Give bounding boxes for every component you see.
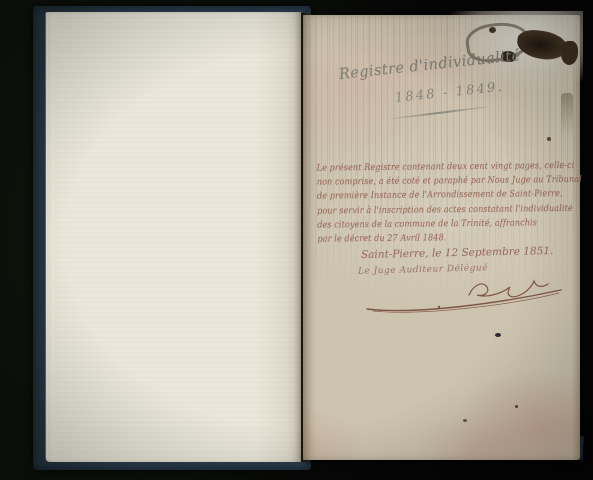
right-title-page: Registre d'individualité 1848 - 1849. Le… — [303, 15, 580, 460]
paper-speck — [515, 405, 518, 408]
archival-scan: Registre d'individualité 1848 - 1849. Le… — [0, 0, 593, 480]
handwritten-paragraph: Le présent Registre contenant deux cent … — [317, 160, 593, 248]
paper-speck — [547, 137, 551, 141]
judge-signature-flourish — [361, 267, 576, 317]
handwritten-place-date: Saint-Pierre, le 12 Septembre 1851. — [361, 245, 554, 261]
left-blank-page — [46, 12, 301, 462]
paper-speck — [463, 419, 467, 422]
page-edge-smudge — [561, 93, 573, 139]
title-underline-stroke — [389, 106, 488, 120]
ink-stain-dot — [489, 27, 496, 33]
handwritten-title-years: 1848 - 1849. — [394, 80, 504, 106]
paper-speck — [495, 333, 501, 337]
